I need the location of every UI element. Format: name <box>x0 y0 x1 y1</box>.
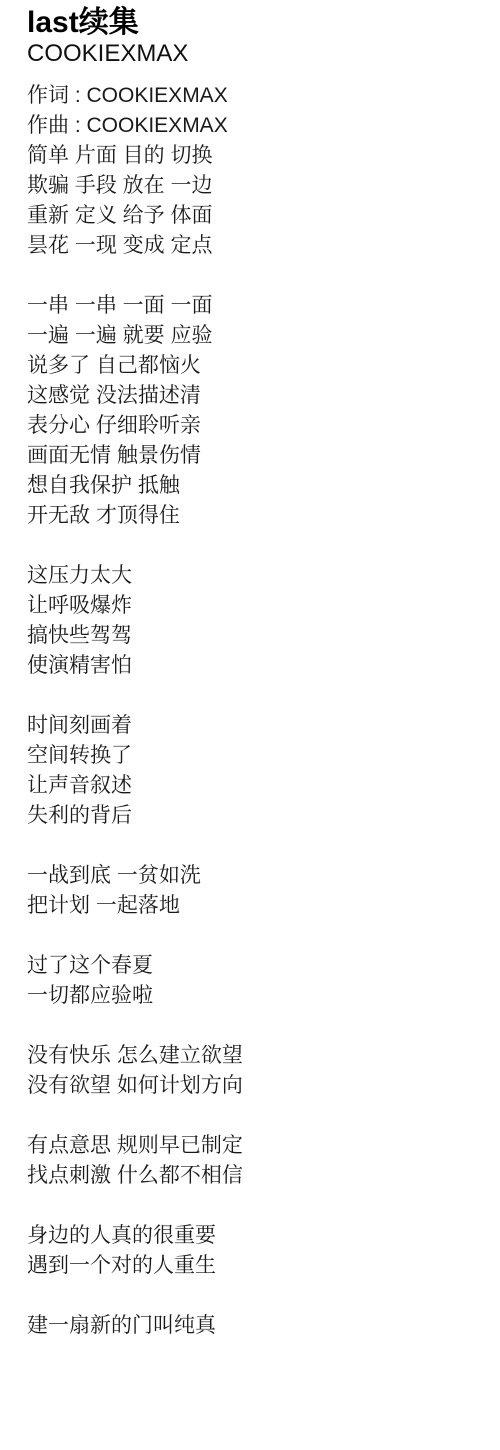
lyric-line: 想自我保护 抵触 <box>27 471 482 501</box>
lyric-line: 让声音叙述 <box>27 771 482 801</box>
lyric-line: 作曲 : COOKIEXMAX <box>27 111 482 141</box>
lyric-line: 一遍 一遍 就要 应验 <box>27 321 482 351</box>
lyric-line: 没有快乐 怎么建立欲望 <box>27 1041 482 1071</box>
lyric-line: 时间刻画着 <box>27 711 482 741</box>
document-body: last续集 COOKIEXMAX 作词 : COOKIEXMAX作曲 : CO… <box>0 0 500 1341</box>
stanza: 没有快乐 怎么建立欲望没有欲望 如何计划方向 <box>27 1041 482 1101</box>
lyric-line: 找点刺激 什么都不相信 <box>27 1161 482 1191</box>
lyric-line: 一切都应验啦 <box>27 981 482 1011</box>
lyric-line: 作词 : COOKIEXMAX <box>27 81 482 111</box>
lyric-line: 没有欲望 如何计划方向 <box>27 1071 482 1101</box>
lyric-line: 表分心 仔细聆听亲 <box>27 411 482 441</box>
lyrics-container: 作词 : COOKIEXMAX作曲 : COOKIEXMAX简单 片面 目的 切… <box>27 81 482 1341</box>
stanza: 过了这个春夏一切都应验啦 <box>27 951 482 1011</box>
lyric-line: 有点意思 规则早已制定 <box>27 1131 482 1161</box>
stanza: 作词 : COOKIEXMAX作曲 : COOKIEXMAX简单 片面 目的 切… <box>27 81 482 261</box>
song-title: last续集 <box>27 5 482 41</box>
lyric-line: 这压力太大 <box>27 561 482 591</box>
lyric-line: 搞快些驾驾 <box>27 621 482 651</box>
lyric-line: 说多了 自己都恼火 <box>27 351 482 381</box>
lyric-line: 一串 一串 一面 一面 <box>27 291 482 321</box>
lyric-line: 遇到一个对的人重生 <box>27 1251 482 1281</box>
lyric-line: 简单 片面 目的 切换 <box>27 141 482 171</box>
lyric-line: 一战到底 一贫如洗 <box>27 861 482 891</box>
artist-name: COOKIEXMAX <box>27 41 482 67</box>
lyric-line: 这感觉 没法描述清 <box>27 381 482 411</box>
lyric-line: 昙花 一现 变成 定点 <box>27 231 482 261</box>
lyric-line: 欺骗 手段 放在 一边 <box>27 171 482 201</box>
lyric-line: 画面无情 触景伤情 <box>27 441 482 471</box>
lyrics-page: { "page": { "title": "last续集", "artist":… <box>0 0 500 1450</box>
stanza: 时间刻画着空间转换了让声音叙述失利的背后 <box>27 711 482 831</box>
stanza: 有点意思 规则早已制定找点刺激 什么都不相信 <box>27 1131 482 1191</box>
lyric-line: 开无敌 才顶得住 <box>27 501 482 531</box>
lyric-line: 使演精害怕 <box>27 651 482 681</box>
stanza: 建一扇新的门叫纯真 <box>27 1311 482 1341</box>
lyric-line: 重新 定义 给予 体面 <box>27 201 482 231</box>
stanza: 一战到底 一贫如洗把计划 一起落地 <box>27 861 482 921</box>
lyric-line: 过了这个春夏 <box>27 951 482 981</box>
lyric-line: 让呼吸爆炸 <box>27 591 482 621</box>
stanza: 这压力太大让呼吸爆炸搞快些驾驾使演精害怕 <box>27 561 482 681</box>
lyric-line: 身边的人真的很重要 <box>27 1221 482 1251</box>
lyric-line: 失利的背后 <box>27 801 482 831</box>
lyric-line: 建一扇新的门叫纯真 <box>27 1311 482 1341</box>
lyric-line: 空间转换了 <box>27 741 482 771</box>
lyric-line: 把计划 一起落地 <box>27 891 482 921</box>
stanza: 身边的人真的很重要遇到一个对的人重生 <box>27 1221 482 1281</box>
stanza: 一串 一串 一面 一面一遍 一遍 就要 应验说多了 自己都恼火这感觉 没法描述清… <box>27 291 482 531</box>
